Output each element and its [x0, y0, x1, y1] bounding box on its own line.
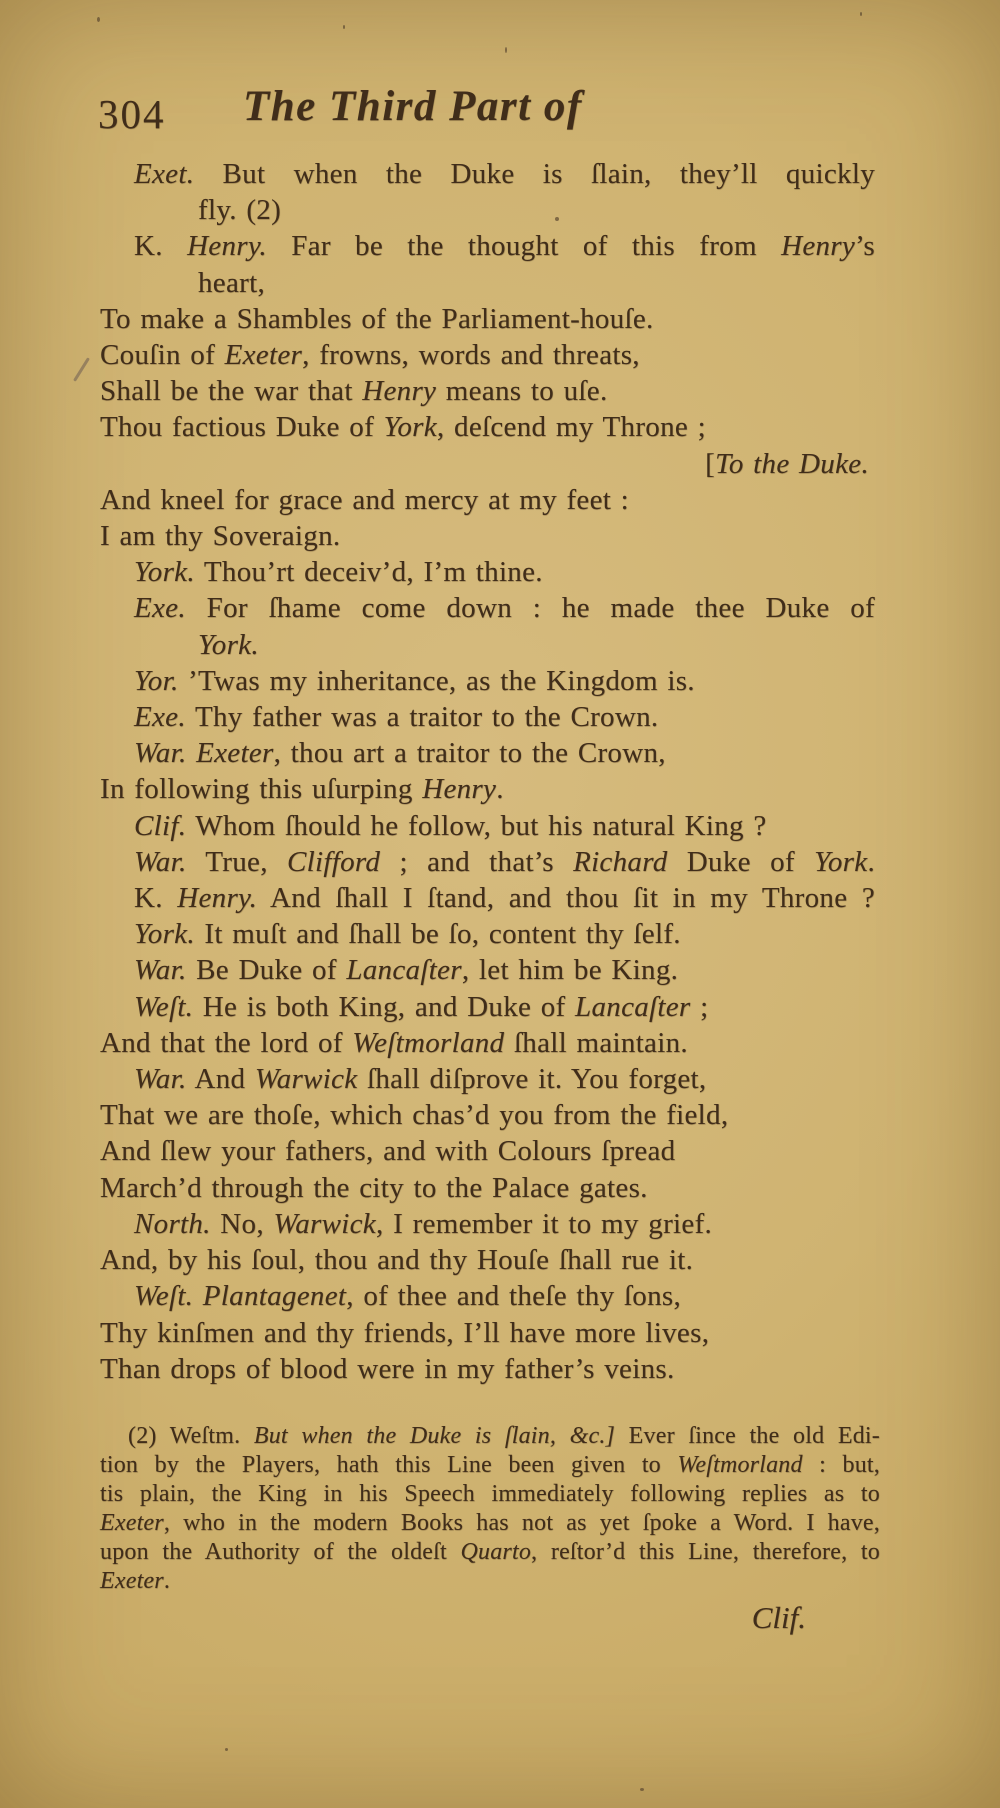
text-segment: And ſlew your fathers, and with Colours …	[100, 1135, 675, 1167]
text-segment: ’s	[855, 230, 875, 262]
text-line: York. It muſt and ſhall be ſo, content t…	[134, 916, 875, 952]
text-segment: To make a Shambles of the Parliament-hou…	[100, 303, 654, 335]
text-segment: Shall be the war that	[100, 375, 362, 407]
text-segment: York.	[134, 556, 195, 588]
text-segment: Be Duke of	[187, 954, 347, 986]
text-line: Than drops of blood were in my father’s …	[100, 1351, 875, 1387]
text-segment: ; and that’s	[380, 846, 573, 878]
text-line: And kneel for grace and mercy at my feet…	[100, 482, 875, 518]
text-segment: Weſtmorland	[677, 1452, 802, 1478]
text-segment: York.	[134, 918, 195, 950]
text-line: And ſlew your fathers, and with Colours …	[100, 1133, 875, 1169]
text-line: Thou factious Duke of York, deſcend my T…	[100, 409, 875, 445]
text-segment: , let him be King.	[462, 954, 678, 986]
text-segment: Exe.	[134, 701, 186, 733]
text-line: Weſt. Plantagenet, of thee and theſe thy…	[134, 1278, 875, 1314]
text-segment: York	[814, 846, 867, 878]
text-segment: Plantagenet	[203, 1280, 346, 1312]
text-line: North. No, Warwick, I remember it to my …	[134, 1206, 875, 1242]
text-segment: War.	[134, 1063, 187, 1095]
text-segment: War.	[134, 737, 187, 769]
text-segment: That we are thoſe, which chas’d you from…	[100, 1099, 728, 1131]
text-line: Exe. Thy father was a traitor to the Cro…	[134, 699, 875, 735]
text-segment: North.	[134, 1208, 211, 1240]
text-segment: And, by his ſoul, thou and thy Houſe ſha…	[100, 1244, 693, 1276]
text-segment: He is both King, and Duke of	[193, 991, 575, 1023]
text-line: That we are thoſe, which chas’d you from…	[100, 1097, 875, 1133]
text-line: And, by his ſoul, thou and thy Houſe ſha…	[100, 1242, 875, 1278]
text-segment: ſhall maintain.	[504, 1027, 688, 1059]
text-segment: York	[384, 411, 437, 443]
paper-speck	[505, 47, 507, 53]
text-line: In following this uſurping Henry.	[100, 771, 875, 807]
text-segment: Weſtmorland	[352, 1027, 504, 1059]
paper-speck	[343, 25, 345, 29]
text-segment: , reſtor’d this Line, therefore, to	[531, 1539, 880, 1565]
text-segment: Yor.	[134, 665, 179, 697]
text-segment: Quarto	[461, 1539, 532, 1565]
text-line: War. True, Clifford ; and that’s Richard…	[134, 844, 875, 880]
text-line: heart,	[198, 265, 875, 301]
text-line: tion by the Players, hath this Line been…	[100, 1451, 880, 1480]
text-line: Thy kinſmen and thy friends, I’ll have m…	[100, 1315, 875, 1351]
text-line: fly. (2)	[198, 192, 875, 228]
text-segment: For ſhame come down : he made thee Duke …	[186, 592, 875, 624]
text-segment: , deſcend my Throne ;	[437, 411, 706, 443]
text-segment: Exeter	[100, 1510, 164, 1536]
text-line: K. Henry. Far be the thought of this fro…	[134, 228, 875, 264]
text-segment: In following this uſurping	[100, 773, 422, 805]
text-line: To make a Shambles of the Parliament-hou…	[100, 301, 875, 337]
text-line: K. Henry. And ſhall I ſtand, and thou ſi…	[134, 880, 875, 916]
text-line: War. Be Duke of Lancaſter, let him be Ki…	[134, 952, 875, 988]
text-segment: .	[867, 846, 875, 878]
text-segment: [	[705, 448, 715, 480]
footnote: (2) Weſtm. But when the Duke is ſlain, &…	[100, 1422, 880, 1596]
play-text: Exet. But when the Duke is ſlain, they’l…	[100, 156, 875, 1387]
text-segment: Exeter	[225, 339, 302, 371]
text-segment: War.	[134, 846, 187, 878]
text-line: tis plain, the King in his Speech immedi…	[100, 1480, 880, 1509]
text-segment: , of thee and theſe thy ſons,	[346, 1280, 681, 1312]
text-segment: Henry	[422, 773, 496, 805]
text-segment: But when the Duke is ſlain, they’ll quic…	[194, 158, 875, 190]
text-segment: And kneel for grace and mercy at my feet…	[100, 484, 629, 516]
text-segment: , I remember it to my grief.	[376, 1208, 712, 1240]
text-segment: , who in the modern Books has not as yet…	[164, 1510, 880, 1536]
text-segment: Exeter	[100, 1568, 164, 1594]
text-segment: No,	[211, 1208, 274, 1240]
text-segment: ’Twas my inheritance, as the Kingdom is.	[179, 665, 695, 697]
text-line: War. And Warwick ſhall diſprove it. You …	[134, 1061, 875, 1097]
text-line: Exet. But when the Duke is ſlain, they’l…	[134, 156, 875, 192]
text-segment: Thou factious Duke of	[100, 411, 384, 443]
text-segment: , thou art a traitor to the Crown,	[274, 737, 666, 769]
text-segment: Henry.	[187, 230, 267, 262]
text-line: Couſin of Exeter, frowns, words and thre…	[100, 337, 875, 373]
text-segment: fly. (2)	[198, 194, 281, 226]
text-segment: .	[496, 773, 504, 805]
text-segment: It muſt and ſhall be ſo, content thy ſel…	[195, 918, 681, 950]
text-line: Weſt. He is both King, and Duke of Lanca…	[134, 989, 875, 1025]
text-segment: tis plain, the King in his Speech immedi…	[100, 1481, 880, 1507]
text-segment: Exe.	[134, 592, 186, 624]
text-segment: Couſin of	[100, 339, 225, 371]
page-number: 304	[98, 90, 166, 138]
text-segment: Henry.	[177, 882, 257, 914]
text-line: I am thy Soveraign.	[100, 518, 875, 554]
text-segment: means to uſe.	[436, 375, 607, 407]
text-segment: And ſhall I ſtand, and thou ſit in my Th…	[257, 882, 875, 914]
text-segment	[193, 1280, 203, 1312]
text-segment: .	[164, 1568, 170, 1594]
text-segment: Henry	[362, 375, 436, 407]
paper-speck	[860, 12, 862, 16]
text-segment: Ever ſince the old Edi-	[615, 1423, 880, 1449]
text-segment: Warwick	[255, 1063, 358, 1095]
paper-speck	[640, 1788, 644, 1791]
text-segment: Exet.	[134, 158, 194, 190]
text-segment: , frowns, words and threats,	[302, 339, 640, 371]
text-segment: Thou’rt deceiv’d, I’m thine.	[195, 556, 543, 588]
text-segment: And that the lord of	[100, 1027, 352, 1059]
text-line: And that the lord of Weſtmorland ſhall m…	[100, 1025, 875, 1061]
text-line: Exeter, who in the modern Books has not …	[100, 1509, 880, 1538]
text-segment: Exeter	[196, 737, 273, 769]
text-segment: War.	[134, 954, 187, 986]
book-page: 304 The Third Part of Exet. But when the…	[0, 0, 1000, 1808]
paper-speck	[97, 17, 100, 22]
text-segment: Clifford	[287, 846, 380, 878]
text-segment: Far be the thought of this from	[267, 230, 781, 262]
running-title: The Third Part of	[243, 82, 583, 131]
text-segment: Thy father was a traitor to the Crown.	[186, 701, 659, 733]
text-segment: Weſt.	[134, 1280, 193, 1312]
text-segment: But when the Duke is ſlain, &c.]	[254, 1423, 615, 1449]
text-segment: Warwick	[273, 1208, 376, 1240]
text-segment: Clif.	[134, 810, 186, 842]
text-line: [To the Duke.	[100, 446, 869, 482]
text-segment: And	[187, 1063, 255, 1095]
text-segment: Richard	[573, 846, 667, 878]
text-segment: (2) Weſtm.	[128, 1423, 254, 1449]
text-line: Exeter.	[100, 1567, 880, 1596]
text-segment: tion by the Players, hath this Line been…	[100, 1452, 677, 1478]
text-line: Yor. ’Twas my inheritance, as the Kingdo…	[134, 663, 875, 699]
paper-speck	[555, 217, 559, 221]
text-line: Clif. Whom ſhould he follow, but his nat…	[134, 808, 875, 844]
text-segment: Lancaſter	[346, 954, 461, 986]
paper-speck	[225, 1748, 228, 1751]
text-segment	[187, 737, 197, 769]
text-segment: heart,	[198, 267, 265, 299]
text-segment: March’d through the city to the Palace g…	[100, 1172, 648, 1204]
text-segment: : but,	[803, 1452, 880, 1478]
text-segment: I am thy Soveraign.	[100, 520, 340, 552]
pen-mark	[73, 357, 90, 381]
text-segment: Weſt.	[134, 991, 193, 1023]
text-segment: Whom ſhould he follow, but his natural K…	[186, 810, 766, 842]
text-line: York. Thou’rt deceiv’d, I’m thine.	[134, 554, 875, 590]
text-segment: K.	[134, 882, 177, 914]
text-segment: ſhall diſprove it. You forget,	[357, 1063, 706, 1095]
text-line: Shall be the war that Henry means to uſe…	[100, 373, 875, 409]
text-segment: Henry	[781, 230, 855, 262]
text-segment: Lancaſter	[575, 991, 690, 1023]
catchword: Clif.	[100, 1600, 806, 1636]
text-segment: York.	[198, 629, 259, 661]
text-segment: Thy kinſmen and thy friends, I’ll have m…	[100, 1317, 709, 1349]
text-segment: K.	[134, 230, 187, 262]
text-segment: Than drops of blood were in my father’s …	[100, 1353, 675, 1385]
text-segment: To the Duke.	[715, 448, 869, 480]
text-line: (2) Weſtm. But when the Duke is ſlain, &…	[100, 1422, 880, 1451]
paper-speck	[752, 1440, 756, 1443]
text-line: March’d through the city to the Palace g…	[100, 1170, 875, 1206]
text-line: War. Exeter, thou art a traitor to the C…	[134, 735, 875, 771]
text-line: York.	[198, 627, 875, 663]
text-segment: ;	[691, 991, 709, 1023]
text-segment: True,	[187, 846, 288, 878]
text-segment: Duke of	[668, 846, 815, 878]
text-segment: upon the Authority of the oldeſt	[100, 1539, 461, 1565]
text-line: Exe. For ſhame come down : he made thee …	[134, 590, 875, 626]
text-line: upon the Authority of the oldeſt Quarto,…	[100, 1538, 880, 1567]
